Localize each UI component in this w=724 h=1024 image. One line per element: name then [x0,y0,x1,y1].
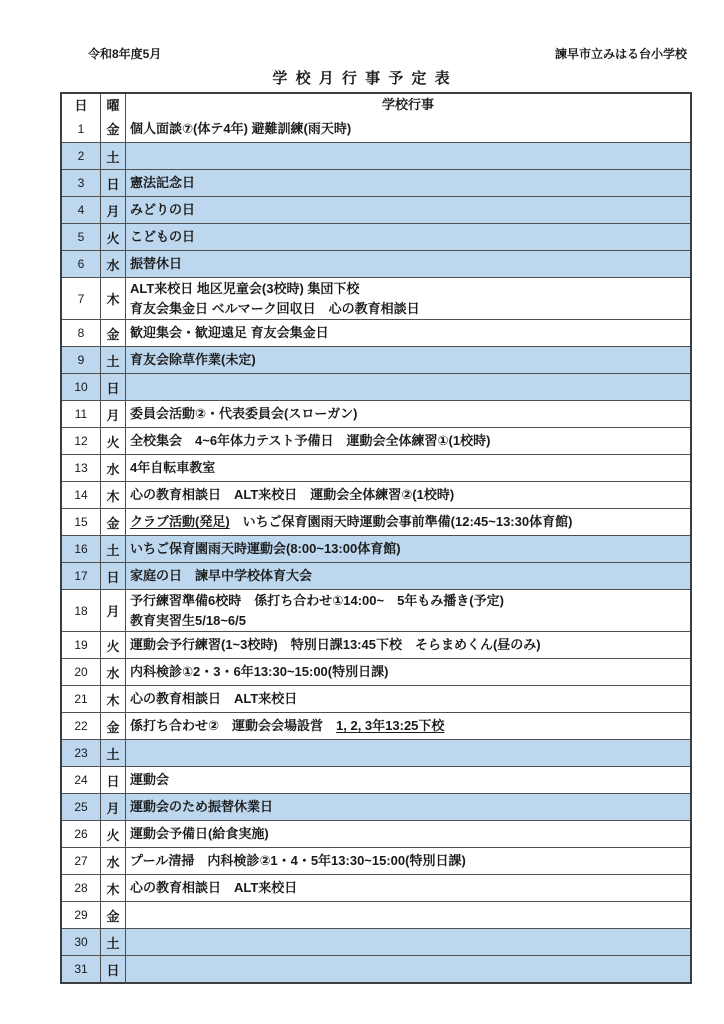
event-line: 個人面談⑦(体テ4年) 避難訓練(雨天時) [130,119,351,139]
weekday-label: 水 [100,251,126,277]
day-number: 1 [62,115,100,142]
table-row: 9土育友会除草作業(未定) [62,346,690,373]
table-row: 27水プール清掃 内科検診②1・4・5年13:30~15:00(特別日課) [62,847,690,874]
day-number: 16 [62,536,100,562]
weekday-label: 月 [100,401,126,427]
weekday-label: 水 [100,848,126,874]
event-segment: 係打ち合わせ② 運動会会場設営 [130,718,336,733]
event-line: 4年自転車教室 [130,458,215,478]
event-text [126,956,690,982]
event-text: 振替休日 [126,251,690,277]
event-segment-underlined: 1, 2, 3年13:25下校 [336,718,444,733]
event-line: 憲法記念日 [130,173,195,193]
event-segment: 運動会のため振替休業日 [130,799,273,814]
event-line: 係打ち合わせ② 運動会会場設営 1, 2, 3年13:25下校 [130,716,444,736]
document-header: 令和8年度5月 諫早市立みはる台小学校 [88,45,687,62]
event-line: 家庭の日 諫早中学校体育大会 [130,566,312,586]
table-row: 26火運動会予備日(給食実施) [62,820,690,847]
event-line: 育友会集金日 ベルマーク回収日 心の教育相談日 [130,299,420,319]
event-line: みどりの日 [130,200,195,220]
event-line: 心の教育相談日 ALT来校日 運動会全体練習②(1校時) [130,485,454,505]
weekday-label: 金 [100,509,126,535]
event-line: 内科検診①2・3・6年13:30~15:00(特別日課) [130,662,388,682]
event-text: 運動会 [126,767,690,793]
event-text: 係打ち合わせ② 運動会会場設営 1, 2, 3年13:25下校 [126,713,690,739]
event-segment: 委員会活動②・代表委員会(スローガン) [130,406,357,421]
weekday-label: 土 [100,347,126,373]
event-line: 教育実習生5/18~6/5 [130,611,246,631]
weekday-label: 土 [100,536,126,562]
day-number: 5 [62,224,100,250]
page-title: 学 校 月 行 事 予 定 表 [0,67,724,88]
event-text: 憲法記念日 [126,170,690,196]
table-row: 2土 [62,142,690,169]
weekday-label: 土 [100,740,126,766]
event-text: 心の教育相談日 ALT来校日 [126,875,690,901]
table-row: 29金 [62,901,690,928]
day-number: 19 [62,632,100,658]
event-segment: 育友会集金日 ベルマーク回収日 心の教育相談日 [130,301,420,316]
day-number: 31 [62,956,100,982]
day-number: 7 [62,278,100,319]
event-text: 家庭の日 諫早中学校体育大会 [126,563,690,589]
day-number: 14 [62,482,100,508]
day-number: 15 [62,509,100,535]
table-row: 15金クラブ活動(発足) いちご保育園雨天時運動会事前準備(12:45~13:3… [62,508,690,535]
event-line: 運動会予行練習(1~3校時) 特別日課13:45下校 そらまめくん(昼のみ) [130,635,541,655]
event-line: ALT来校日 地区児童会(3校時) 集団下校 [130,279,359,299]
weekday-label: 火 [100,224,126,250]
column-header-events: 学校行事 [126,94,690,115]
event-line: 振替休日 [130,254,182,274]
event-segment: 憲法記念日 [130,175,195,190]
event-line: 歓迎集会・歓迎遠足 育友会集金日 [130,323,329,343]
table-row: 31日 [62,955,690,982]
weekday-label: 日 [100,767,126,793]
table-row: 24日運動会 [62,766,690,793]
table-header-row: 日 曜 学校行事 [62,94,690,115]
weekday-label: 土 [100,143,126,169]
event-line: 運動会予備日(給食実施) [130,824,269,844]
event-text: 委員会活動②・代表委員会(スローガン) [126,401,690,427]
event-line: 予行練習準備6校時 係打ち合わせ①14:00~ 5年もみ播き(予定) [130,591,504,611]
event-text [126,374,690,400]
event-line: クラブ活動(発足) いちご保育園雨天時運動会事前準備(12:45~13:30体育… [130,512,572,532]
table-row: 4月みどりの日 [62,196,690,223]
table-row: 14木心の教育相談日 ALT来校日 運動会全体練習②(1校時) [62,481,690,508]
event-segment: 4年自転車教室 [130,460,215,475]
column-header-weekday: 曜 [100,94,126,115]
event-line: いちご保育園雨天時運動会(8:00~13:00体育館) [130,539,401,559]
event-text: 運動会予行練習(1~3校時) 特別日課13:45下校 そらまめくん(昼のみ) [126,632,690,658]
weekday-label: 木 [100,278,126,319]
event-line: 心の教育相談日 ALT来校日 [130,878,297,898]
event-segment: 家庭の日 諫早中学校体育大会 [130,568,312,583]
event-line: 運動会のため振替休業日 [130,797,273,817]
weekday-label: 火 [100,821,126,847]
day-number: 17 [62,563,100,589]
fiscal-year-month-label: 令和8年度5月 [88,45,161,62]
weekday-label: 土 [100,929,126,955]
event-text [126,143,690,169]
day-number: 23 [62,740,100,766]
day-number: 11 [62,401,100,427]
event-text: 予行練習準備6校時 係打ち合わせ①14:00~ 5年もみ播き(予定)教育実習生5… [126,590,690,631]
day-number: 22 [62,713,100,739]
table-row: 23土 [62,739,690,766]
table-row: 16土いちご保育園雨天時運動会(8:00~13:00体育館) [62,535,690,562]
table-row: 17日家庭の日 諫早中学校体育大会 [62,562,690,589]
event-text: 歓迎集会・歓迎遠足 育友会集金日 [126,320,690,346]
event-segment: 運動会予備日(給食実施) [130,826,269,841]
event-segment: 内科検診①2・3・6年13:30~15:00(特別日課) [130,664,388,679]
table-row: 5火こどもの日 [62,223,690,250]
event-segment: みどりの日 [130,202,195,217]
weekday-label: 木 [100,482,126,508]
event-line: 育友会除草作業(未定) [130,350,256,370]
weekday-label: 日 [100,956,126,982]
event-text: 個人面談⑦(体テ4年) 避難訓練(雨天時) [126,115,690,142]
schedule-table-body: 1金個人面談⑦(体テ4年) 避難訓練(雨天時)2土3日憲法記念日4月みどりの日5… [62,115,690,982]
event-text: 心の教育相談日 ALT来校日 [126,686,690,712]
day-number: 21 [62,686,100,712]
table-row: 18月予行練習準備6校時 係打ち合わせ①14:00~ 5年もみ播き(予定)教育実… [62,589,690,631]
column-header-day: 日 [62,94,100,115]
event-line: 全校集会 4~6年体力テスト予備日 運動会全体練習①(1校時) [130,431,490,451]
event-segment: 予行練習準備6校時 係打ち合わせ①14:00~ 5年もみ播き(予定) [130,593,504,608]
day-number: 26 [62,821,100,847]
event-text: 4年自転車教室 [126,455,690,481]
event-text: こどもの日 [126,224,690,250]
day-number: 3 [62,170,100,196]
event-text: いちご保育園雨天時運動会(8:00~13:00体育館) [126,536,690,562]
table-row: 12火全校集会 4~6年体力テスト予備日 運動会全体練習①(1校時) [62,427,690,454]
day-number: 28 [62,875,100,901]
table-row: 10日 [62,373,690,400]
event-segment: 教育実習生5/18~6/5 [130,613,246,628]
event-text: 心の教育相談日 ALT来校日 運動会全体練習②(1校時) [126,482,690,508]
day-number: 18 [62,590,100,631]
event-text: 運動会のため振替休業日 [126,794,690,820]
day-number: 2 [62,143,100,169]
event-segment: 心の教育相談日 ALT来校日 [130,880,297,895]
document-page: 令和8年度5月 諫早市立みはる台小学校 学 校 月 行 事 予 定 表 日 曜 … [0,0,724,1024]
weekday-label: 金 [100,902,126,928]
day-number: 13 [62,455,100,481]
weekday-label: 金 [100,320,126,346]
day-number: 10 [62,374,100,400]
table-row: 1金個人面談⑦(体テ4年) 避難訓練(雨天時) [62,115,690,142]
table-row: 28木心の教育相談日 ALT来校日 [62,874,690,901]
weekday-label: 月 [100,590,126,631]
event-segment: プール清掃 内科検診②1・4・5年13:30~15:00(特別日課) [130,853,466,868]
day-number: 4 [62,197,100,223]
event-segment: 育友会除草作業(未定) [130,352,256,367]
event-segment-underlined: クラブ活動(発足) [130,514,230,529]
weekday-label: 水 [100,455,126,481]
event-segment: 心の教育相談日 ALT来校日 運動会全体練習②(1校時) [130,487,454,502]
table-row: 3日憲法記念日 [62,169,690,196]
table-row: 20水内科検診①2・3・6年13:30~15:00(特別日課) [62,658,690,685]
table-row: 8金歓迎集会・歓迎遠足 育友会集金日 [62,319,690,346]
table-row: 30土 [62,928,690,955]
event-line: 委員会活動②・代表委員会(スローガン) [130,404,357,424]
day-number: 29 [62,902,100,928]
event-line: こどもの日 [130,227,195,247]
event-text: 育友会除草作業(未定) [126,347,690,373]
weekday-label: 月 [100,197,126,223]
day-number: 25 [62,794,100,820]
table-row: 22金係打ち合わせ② 運動会会場設営 1, 2, 3年13:25下校 [62,712,690,739]
event-segment: いちご保育園雨天時運動会(8:00~13:00体育館) [130,541,401,556]
weekday-label: 水 [100,659,126,685]
day-number: 27 [62,848,100,874]
day-number: 8 [62,320,100,346]
weekday-label: 火 [100,632,126,658]
table-row: 19火運動会予行練習(1~3校時) 特別日課13:45下校 そらまめくん(昼のみ… [62,631,690,658]
table-row: 11月委員会活動②・代表委員会(スローガン) [62,400,690,427]
day-number: 9 [62,347,100,373]
table-row: 21木心の教育相談日 ALT来校日 [62,685,690,712]
table-row: 13水4年自転車教室 [62,454,690,481]
table-row: 7木ALT来校日 地区児童会(3校時) 集団下校育友会集金日 ベルマーク回収日 … [62,277,690,319]
weekday-label: 金 [100,115,126,142]
weekday-label: 火 [100,428,126,454]
event-segment: 全校集会 4~6年体力テスト予備日 運動会全体練習①(1校時) [130,433,490,448]
schedule-table: 日 曜 学校行事 1金個人面談⑦(体テ4年) 避難訓練(雨天時)2土3日憲法記念… [60,92,692,984]
event-text: ALT来校日 地区児童会(3校時) 集団下校育友会集金日 ベルマーク回収日 心の… [126,278,690,319]
table-row: 6水振替休日 [62,250,690,277]
event-segment: 運動会予行練習(1~3校時) 特別日課13:45下校 そらまめくん(昼のみ) [130,637,541,652]
event-segment: 個人面談⑦(体テ4年) 避難訓練(雨天時) [130,121,351,136]
event-line: 運動会 [130,770,169,790]
event-text: みどりの日 [126,197,690,223]
event-segment: ALT来校日 地区児童会(3校時) 集団下校 [130,281,359,296]
event-segment: 振替休日 [130,256,182,271]
day-number: 12 [62,428,100,454]
event-line: 心の教育相談日 ALT来校日 [130,689,297,709]
event-segment: 歓迎集会・歓迎遠足 育友会集金日 [130,325,329,340]
weekday-label: 日 [100,374,126,400]
weekday-label: 月 [100,794,126,820]
event-text: クラブ活動(発足) いちご保育園雨天時運動会事前準備(12:45~13:30体育… [126,509,690,535]
day-number: 20 [62,659,100,685]
weekday-label: 日 [100,170,126,196]
table-row: 25月運動会のため振替休業日 [62,793,690,820]
event-line: プール清掃 内科検診②1・4・5年13:30~15:00(特別日課) [130,851,466,871]
weekday-label: 日 [100,563,126,589]
event-segment: こどもの日 [130,229,195,244]
event-text: プール清掃 内科検診②1・4・5年13:30~15:00(特別日課) [126,848,690,874]
event-segment: いちご保育園雨天時運動会事前準備(12:45~13:30体育館) [230,514,573,529]
event-text: 運動会予備日(給食実施) [126,821,690,847]
event-text: 全校集会 4~6年体力テスト予備日 運動会全体練習①(1校時) [126,428,690,454]
day-number: 24 [62,767,100,793]
event-text: 内科検診①2・3・6年13:30~15:00(特別日課) [126,659,690,685]
weekday-label: 金 [100,713,126,739]
weekday-label: 木 [100,686,126,712]
weekday-label: 木 [100,875,126,901]
event-segment: 運動会 [130,772,169,787]
school-name-label: 諫早市立みはる台小学校 [555,45,687,62]
event-text [126,929,690,955]
day-number: 30 [62,929,100,955]
day-number: 6 [62,251,100,277]
event-segment: 心の教育相談日 ALT来校日 [130,691,297,706]
event-text [126,740,690,766]
event-text [126,902,690,928]
